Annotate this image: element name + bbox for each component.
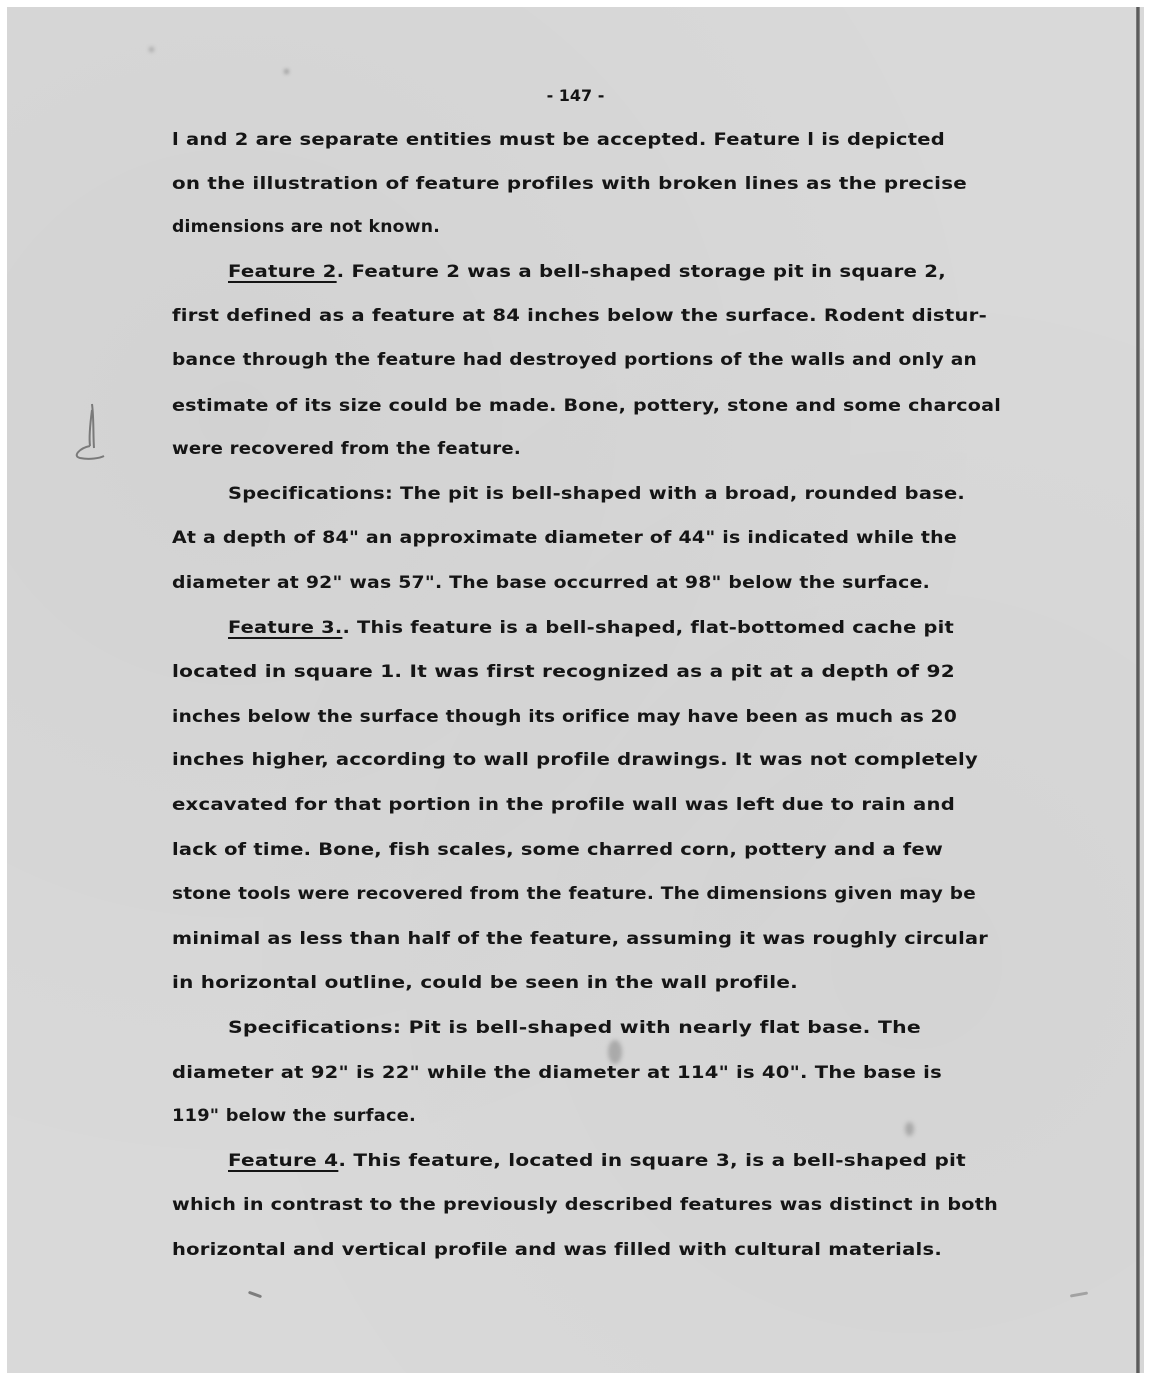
text-segment: first defined as a feature at 84 inches … — [172, 306, 987, 326]
text-segment: . Feature 2 was a bell-shaped storage pi… — [337, 262, 946, 282]
smudge — [905, 1122, 914, 1136]
text-segment: estimate of its size could be made. Bone… — [172, 396, 1001, 416]
text-segment: l and 2 are separate entities must be ac… — [172, 130, 945, 150]
text-line: excavated for that portion in the profil… — [172, 795, 955, 815]
text-segment: . This feature, located in square 3, is … — [338, 1151, 966, 1171]
text-line: in horizontal outline, could be seen in … — [172, 973, 798, 993]
text-segment: dimensions are not known. — [172, 217, 440, 237]
text-line: l and 2 are separate entities must be ac… — [172, 130, 945, 150]
text-line: diameter at 92" was 57". The base occurr… — [172, 573, 930, 593]
text-line: Feature 4. This feature, located in squa… — [228, 1151, 966, 1171]
text-line: Specifications: The pit is bell-shaped w… — [228, 484, 965, 504]
text-line: estimate of its size could be made. Bone… — [172, 396, 1001, 416]
text-segment: diameter at 92" was 57". The base occurr… — [172, 573, 930, 593]
smudge — [285, 70, 288, 73]
text-line: dimensions are not known. — [172, 217, 440, 237]
text-segment: minimal as less than half of the feature… — [172, 929, 988, 949]
text-segment: located in square 1. It was first recogn… — [172, 662, 955, 682]
page-number: - 147 - — [0, 86, 1151, 105]
text-segment: bance through the feature had destroyed … — [172, 350, 977, 370]
section-heading: Feature 2 — [228, 262, 337, 282]
section-heading: Feature 4 — [228, 1151, 338, 1171]
text-line: lack of time. Bone, fish scales, some ch… — [172, 840, 943, 860]
text-segment: At a depth of 84" an approximate diamete… — [172, 528, 957, 548]
text-segment: Specifications: The pit is bell-shaped w… — [228, 484, 965, 504]
text-line: which in contrast to the previously desc… — [172, 1195, 998, 1215]
text-segment: stone tools were recovered from the feat… — [172, 884, 976, 904]
text-segment: inches below the surface though its orif… — [172, 707, 957, 727]
text-line: horizontal and vertical profile and was … — [172, 1240, 942, 1260]
text-segment: on the illustration of feature profiles … — [172, 174, 967, 194]
text-segment: excavated for that portion in the profil… — [172, 795, 955, 815]
text-segment: which in contrast to the previously desc… — [172, 1195, 998, 1215]
text-line: inches higher, according to wall profile… — [172, 750, 978, 770]
section-heading: Feature 3. — [228, 618, 342, 638]
text-line: Feature 2. Feature 2 was a bell-shaped s… — [228, 262, 946, 282]
smudge — [608, 1040, 622, 1064]
text-line: 119" below the surface. — [172, 1106, 416, 1126]
text-line: on the illustration of feature profiles … — [172, 174, 967, 194]
text-line: Feature 3.. This feature is a bell-shape… — [228, 618, 954, 638]
text-segment: . This feature is a bell-shaped, flat-bo… — [342, 618, 954, 638]
text-segment: inches higher, according to wall profile… — [172, 750, 978, 770]
text-line: were recovered from the feature. — [172, 439, 521, 459]
text-line: bance through the feature had destroyed … — [172, 350, 977, 370]
text-line: first defined as a feature at 84 inches … — [172, 306, 987, 326]
text-segment: in horizontal outline, could be seen in … — [172, 973, 798, 993]
text-line: located in square 1. It was first recogn… — [172, 662, 955, 682]
text-segment: 119" below the surface. — [172, 1106, 416, 1126]
page-edge-shadow — [1136, 7, 1140, 1373]
margin-mark-icon — [70, 400, 110, 465]
text-segment: lack of time. Bone, fish scales, some ch… — [172, 840, 943, 860]
smudge — [150, 48, 153, 51]
text-segment: horizontal and vertical profile and was … — [172, 1240, 942, 1260]
text-line: At a depth of 84" an approximate diamete… — [172, 528, 957, 548]
text-line: Specifications: Pit is bell-shaped with … — [228, 1018, 921, 1038]
text-segment: were recovered from the feature. — [172, 439, 521, 459]
text-segment: diameter at 92" is 22" while the diamete… — [172, 1063, 942, 1083]
text-line: diameter at 92" is 22" while the diamete… — [172, 1063, 942, 1083]
text-line: stone tools were recovered from the feat… — [172, 884, 976, 904]
text-line: inches below the surface though its orif… — [172, 707, 957, 727]
text-line: minimal as less than half of the feature… — [172, 929, 988, 949]
text-segment: Specifications: Pit is bell-shaped with … — [228, 1018, 921, 1038]
